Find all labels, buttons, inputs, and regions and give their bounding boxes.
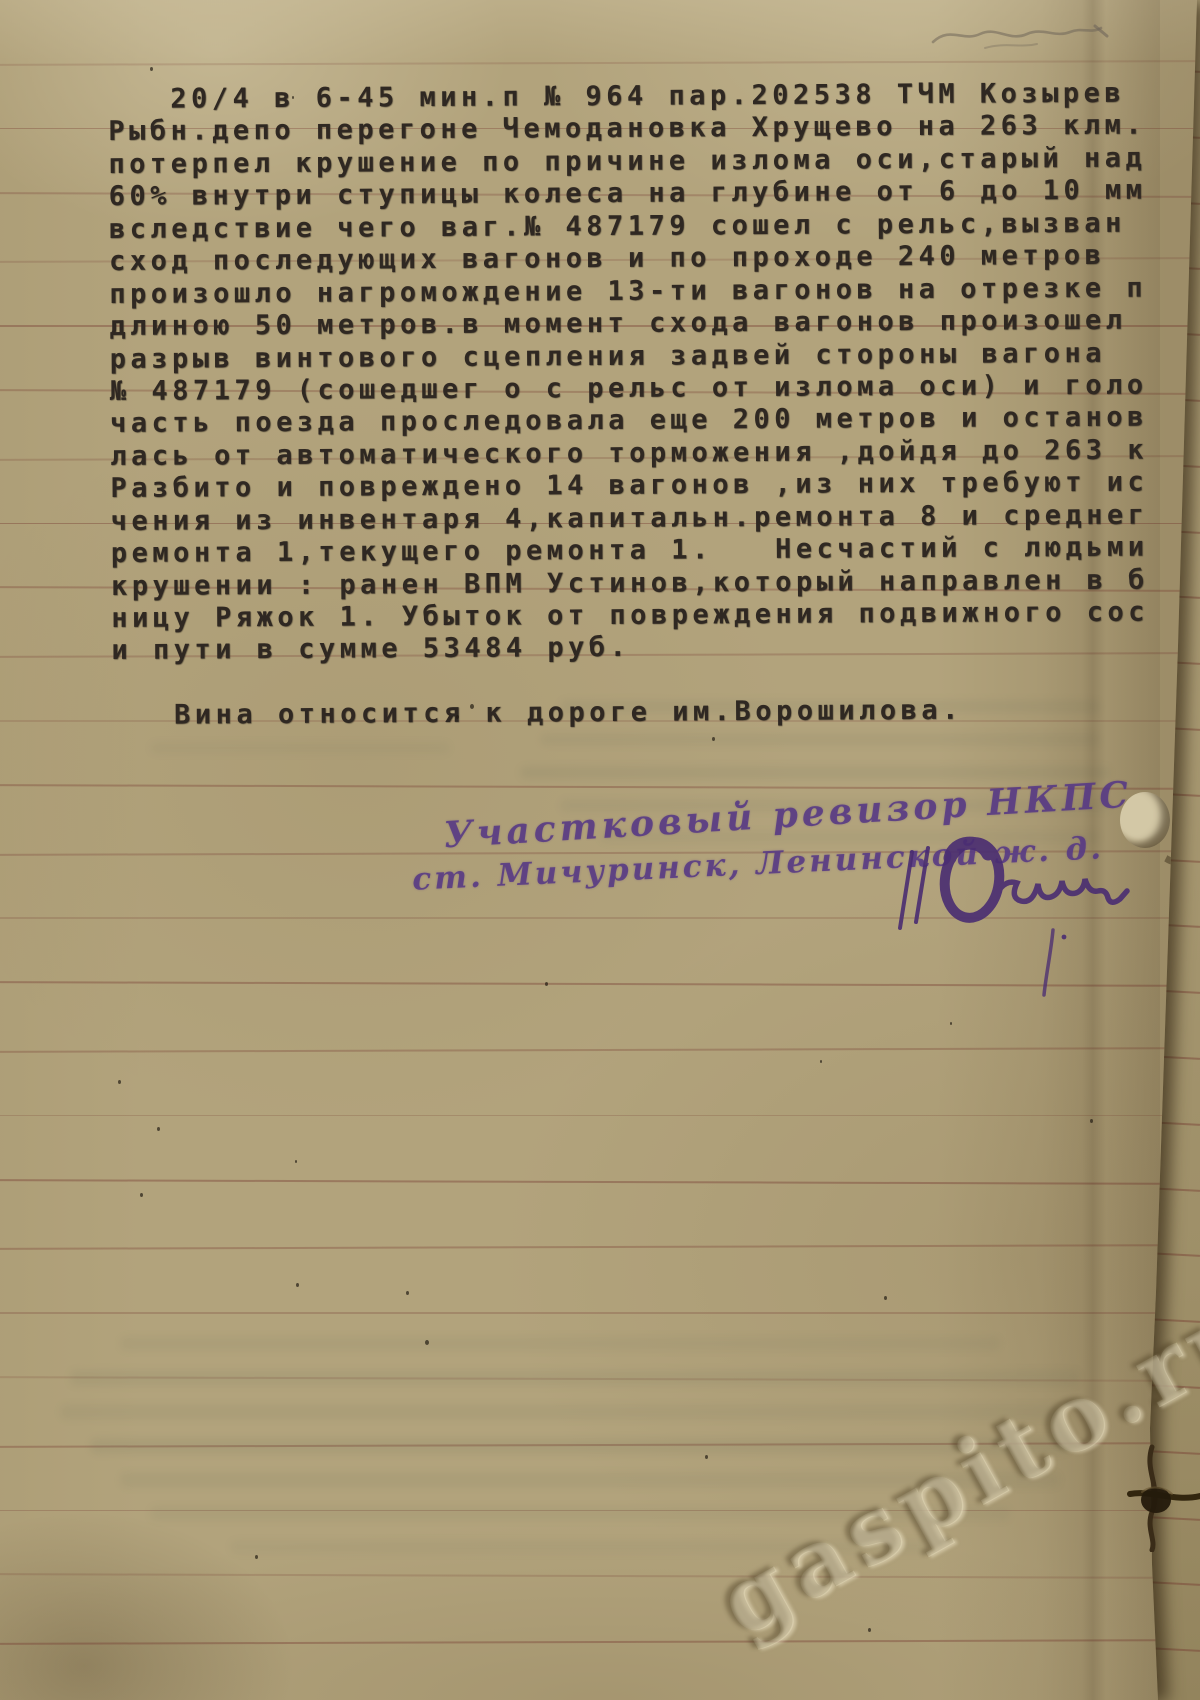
ink-speck [705,1455,708,1459]
ink-speck [140,1193,143,1197]
bleed-through-stripe [120,1336,1000,1351]
ink-speck [884,1296,887,1300]
typed-text-block: 20/4 в 6-45 мин.п № 964 пар.202538 ТЧМ К… [108,77,1200,732]
ruled-line [0,1574,1200,1579]
ink-speck [868,1628,871,1632]
ink-speck [295,1160,297,1163]
ink-speck [712,737,715,741]
ink-speck [150,67,153,71]
ink-speck [456,715,459,719]
ink-speck [470,704,474,709]
bleed-through-stripe [60,1404,1060,1420]
ruled-line [0,1047,1200,1052]
bleed-through-stripe [70,1370,1080,1386]
scanned-document-page: 20/4 в 6-45 мин.п № 964 пар.202538 ТЧМ К… [0,0,1200,1700]
ruled-line [0,1115,1200,1117]
bleed-through-stripe [520,766,1110,779]
bleed-through-stripe [540,733,1100,746]
binding-thread [1122,1442,1200,1552]
ink-speck [1090,1119,1093,1123]
ruled-line [0,1639,1200,1644]
ink-speck [292,96,294,99]
ink-speck [950,1022,952,1025]
ink-speck [157,1127,160,1131]
ink-speck [545,982,548,986]
ink-speck [118,1080,121,1084]
ink-speck [820,1060,822,1063]
ruled-line [0,1245,1200,1250]
ink-speck [425,1340,429,1345]
ruled-line [0,1312,1200,1314]
ruled-line [0,1179,1200,1184]
pencil-scribble [925,12,1115,62]
ink-speck [406,1291,409,1295]
ink-speck [255,1555,258,1559]
typed-line: Вина относится к дороге им.Ворошилова. [112,694,1200,733]
bleed-through-stripe [150,742,450,754]
ink-speck [296,1283,299,1287]
